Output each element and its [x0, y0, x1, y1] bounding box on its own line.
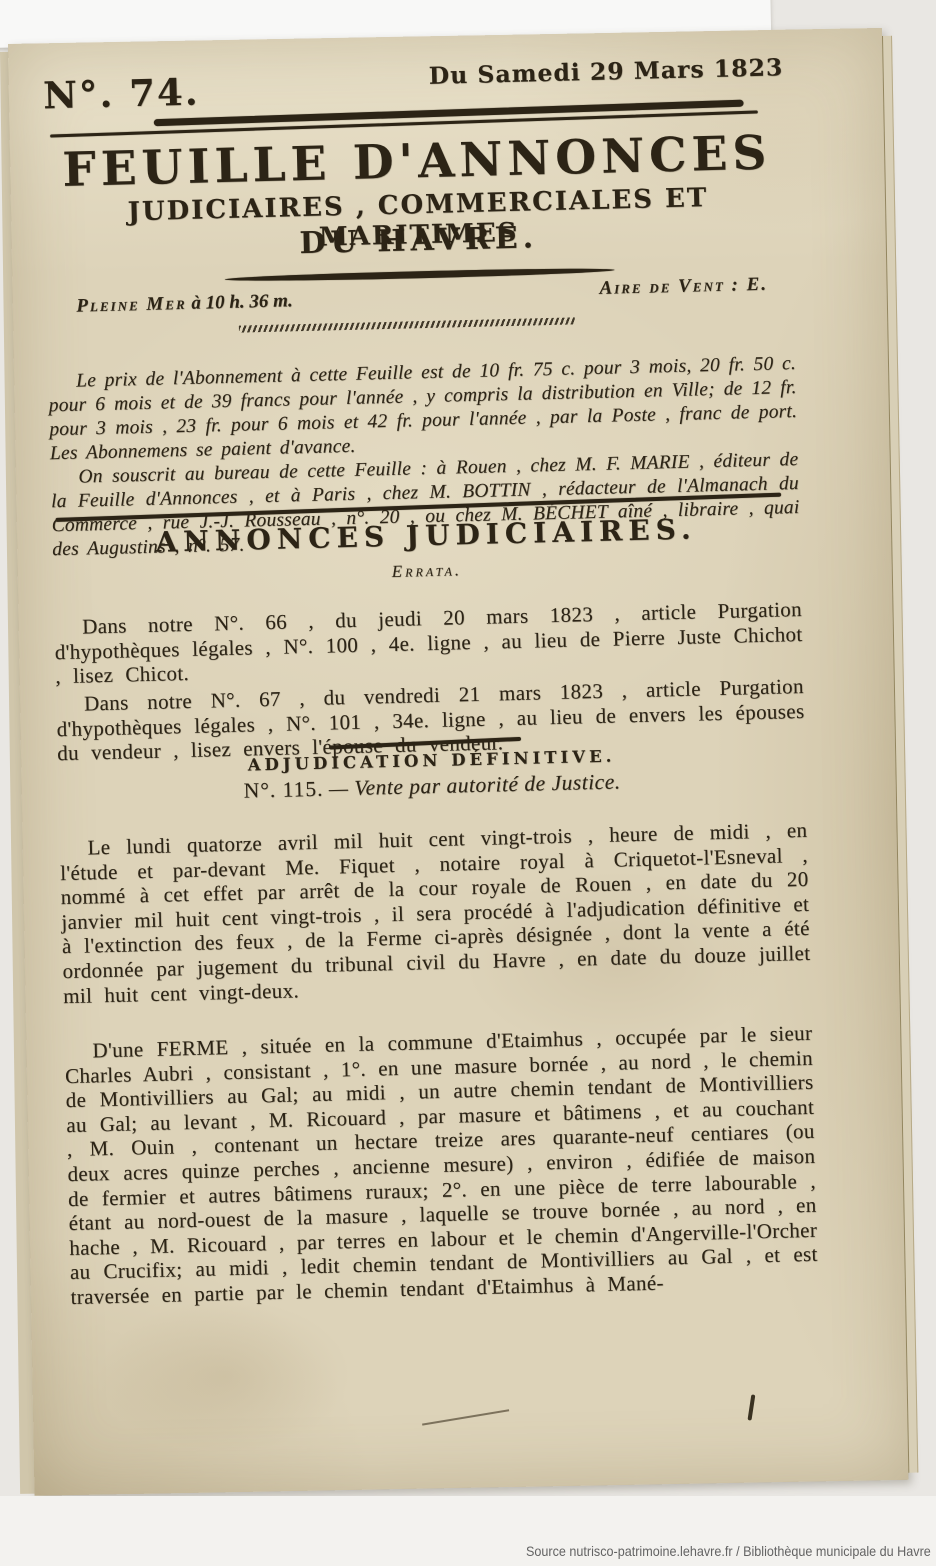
case-number: N°. 115. [243, 777, 323, 803]
page-content: N°. 74. Du Samedi 29 Mars 1823 FEUILLE D… [40, 41, 822, 1479]
subscription-paragraph-1: Le prix de l'Abonnement à cette Feuille … [48, 352, 798, 466]
adjudication-paragraph-1: Le lundi quatorze avril mil huit cent vi… [59, 818, 811, 1008]
tide-time: à 10 h. 36 m. [191, 290, 293, 313]
newspaper-page: N°. 74. Du Samedi 29 Mars 1823 FEUILLE D… [8, 28, 908, 1496]
source-caption: Source nutrisco-patrimoine.lehavre.fr / … [526, 1543, 931, 1559]
ink-mark [748, 1394, 755, 1420]
scratch-mark [422, 1409, 509, 1425]
wavy-rule [239, 317, 575, 332]
backdrop-sheet-bottom: Source nutrisco-patrimoine.lehavre.fr / … [0, 1496, 936, 1566]
case-title: — Vente par autorité de Justice. [329, 769, 621, 800]
scanned-newspaper-photo: N°. 74. Du Samedi 29 Mars 1823 FEUILLE D… [0, 0, 936, 1566]
tide-label: Pleine Mer [76, 293, 187, 317]
wind-info: Aire de Vent : E. [476, 274, 768, 303]
adjudication-paragraph-2: D'une FERME , située en la commune d'Eta… [64, 1021, 818, 1310]
masthead-date: Du Samedi 29 Mars 1823 [428, 53, 783, 90]
issue-number: N°. 74. [43, 70, 200, 118]
errata-paragraph-1: Dans notre N°. 66 , du jeudi 20 mars 182… [54, 597, 804, 689]
tide-info: Pleine Mer à 10 h. 36 m. [76, 290, 293, 317]
